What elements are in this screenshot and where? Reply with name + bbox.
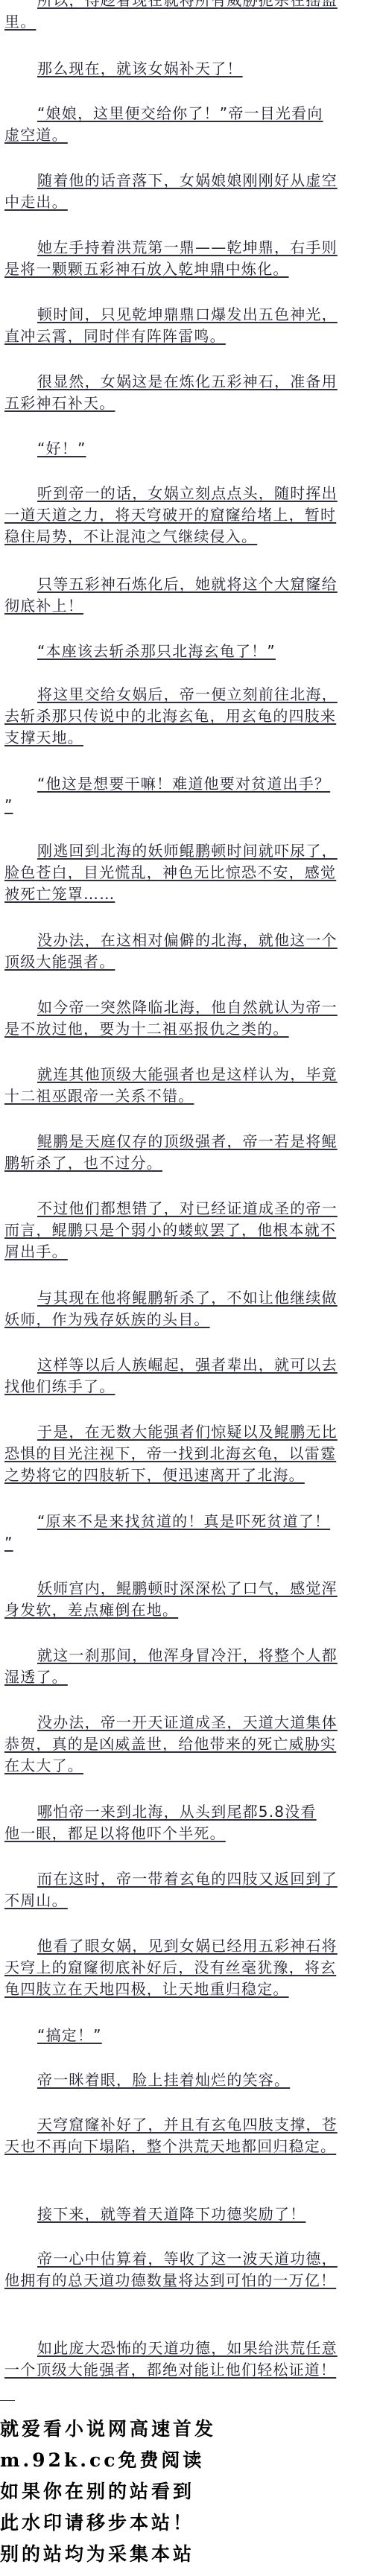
watermark-line: 别的站均为采集本站 <box>0 2539 380 2570</box>
paragraph-line: 他拥有的总天道功德数量将达到可怕的一万亿！ <box>0 2270 358 2291</box>
paragraph: 如今帝一突然降临北海，他自然就认为帝一是不放过他，要为十二祖巫报仇之类的。 <box>0 997 358 1040</box>
paragraph-line: 那么现在，就该女娲补天了！ <box>0 58 358 80</box>
paragraph-line: 天也不再向下塌陷，整个洪荒天地都回归稳定。 <box>0 2136 358 2157</box>
paragraph: 哪怕帝一来到北海，从头到尾都5.8没看他一眼，都足以将他吓个半死。 <box>0 1801 358 1844</box>
paragraph-line: “他这是想要干嘛！难道他要对贫道出手？ <box>0 773 358 795</box>
paragraph-line: 不过他们都想错了，对已经证道成圣的帝一 <box>0 1198 358 1219</box>
paragraph-line: 鹏斩杀了，也不过分。 <box>0 1152 358 1174</box>
paragraph: 没办法，帝一开天证道成圣，天道大道集体恭贺，真的是凶威盖世，给他带来的死亡威胁实… <box>0 1712 358 1777</box>
paragraph: 鲲鹏是天庭仅存的顶级强者，帝一若是将鲲鹏斩杀了，也不过分。 <box>0 1131 358 1174</box>
paragraph-line: 被死亡笼罩…… <box>0 883 358 905</box>
underline-stub <box>0 2400 15 2401</box>
paragraph: “他这是想要干嘛！难道他要对贫道出手？” <box>0 773 358 816</box>
paragraph-line: 与其现在他将鲲鹏斩杀了，不如让他继续做 <box>0 1287 358 1309</box>
paragraph-line: “娘娘，这里便交给你了！”帝一目光看向 <box>0 103 358 124</box>
paragraph: 顿时间，只见乾坤鼎鼎口爆发出五色神光，直冲云霄，同时伴有阵阵雷鸣。 <box>0 304 358 347</box>
paragraph-line: 不周山。 <box>0 1890 358 1912</box>
paragraph: 如此庞大恐怖的天道功德，如果给洪荒任意一个顶级大能强者，都绝对能让他们轻松证道！ <box>0 2338 358 2381</box>
paragraph-line: 妖师，作为残存妖族的头目。 <box>0 1309 358 1330</box>
paragraph-line: 五彩神石补天。 <box>0 393 358 414</box>
paragraph-line: 没办法，帝一开天证道成圣，天道大道集体 <box>0 1712 358 1733</box>
paragraph-line: 顶级大能强者。 <box>0 951 358 973</box>
paragraph: 没办法，在这相对偏僻的北海，就他这一个顶级大能强者。 <box>0 930 358 973</box>
paragraph: 这样等以后人族崛起，强者辈出，就可以去找他们练手了。 <box>0 1354 358 1398</box>
paragraph-line: 天穹窟窿补好了，并且有玄龟四肢支撑，苍 <box>0 2114 358 2136</box>
paragraph-line: 他看了眼女娲，见到女娲已经用五彩神石将 <box>0 1935 358 1957</box>
paragraph-line: 恭贺，真的是凶威盖世，给他带来的死亡威胁实 <box>0 1733 358 1755</box>
site-watermark: 就爱看小说网高速首发 m.92k.cc免费阅读 如果你在别的站看到 此水印请移步… <box>0 2414 380 2570</box>
paragraph: 就连其他顶级大能强者也是这样认为，毕竟十二祖巫跟帝一关系不错。 <box>0 1064 358 1107</box>
paragraph-line: 鲲鹏是天庭仅存的顶级强者，帝一若是将鲲 <box>0 1131 358 1152</box>
paragraph: 天穹窟窿补好了，并且有玄龟四肢支撑，苍天也不再向下塌陷，整个洪荒天地都回归稳定。 <box>0 2114 358 2157</box>
paragraph-line: 只等五彩神石炼化后，她就将这个大窟窿给 <box>0 574 358 595</box>
paragraph: 于是，在无数大能强者们惊疑以及鲲鹏无比恐惧的目光注视下，帝一找到北海玄龟，以雷霆… <box>0 1421 358 1486</box>
paragraph-line: 支撑天地。 <box>0 727 358 749</box>
paragraph-line: 是将一颗颗五彩神石放入乾坤鼎中炼化。 <box>0 258 358 280</box>
paragraph: 她左手持着洪荒第一鼎——乾坤鼎，右手则是将一颗颗五彩神石放入乾坤鼎中炼化。 <box>0 237 358 280</box>
paragraph-line: 帝一心中估算着，等收了这一波天道功德， <box>0 2248 358 2270</box>
paragraph-line: 一个顶级大能强者，都绝对能让他们轻松证道！ <box>0 2359 358 2381</box>
paragraph: 他看了眼女娲，见到女娲已经用五彩神石将天穹上的窟窿彻底补好后，没有丝毫犹豫，将玄… <box>0 1935 358 2000</box>
paragraph-line: 恐惧的目光注视下，帝一找到北海玄龟，以雷霆 <box>0 1443 358 1465</box>
paragraph-line: 就这一刹那间，他浑身冒冷汗，将整个人都 <box>0 1645 358 1666</box>
paragraph-line: 之势将它的四肢斩下，便迅速离开了北海。 <box>0 1465 358 1486</box>
paragraph: 不过他们都想错了，对已经证道成圣的帝一而言，鲲鹏只是个弱小的蝼蚁罢了，他根本就不… <box>0 1198 358 1263</box>
paragraph-line: 听到帝一的话，女娲立刻点点头，随时挥出 <box>0 483 358 504</box>
paragraph: 接下来，就等着天道降下功德奖励了！ <box>0 2204 358 2225</box>
paragraph: “搞定！” <box>0 2025 358 2046</box>
paragraph: 随着他的话音落下，女娲娘娘刚刚好从虚空中走出。 <box>0 170 358 213</box>
paragraph-line: 如此庞大恐怖的天道功德，如果给洪荒任意 <box>0 2338 358 2359</box>
watermark-line: 如果你在别的站看到 <box>0 2476 380 2507</box>
paragraph-line: ” <box>0 1532 358 1554</box>
paragraph-line: 哪怕帝一来到北海，从头到尾都5.8没看 <box>0 1801 358 1823</box>
paragraph-line: 顿时间，只见乾坤鼎鼎口爆发出五色神光， <box>0 304 358 326</box>
paragraph-line: 屑出手。 <box>0 1241 358 1263</box>
paragraph-line: 脸色苍白，目光慌乱，神色无比惊恐不安，感觉 <box>0 862 358 883</box>
paragraph-line: 帝一眯着眼，脸上挂着灿烂的笑容。 <box>0 2069 358 2091</box>
paragraph-line: 而言，鲲鹏只是个弱小的蝼蚁罢了，他根本就不 <box>0 1219 358 1241</box>
paragraph-line: 刚逃回到北海的妖师鲲鹏顿时间就吓尿了， <box>0 840 358 862</box>
paragraph: 与其现在他将鲲鹏斩杀了，不如让他继续做妖师，作为残存妖族的头目。 <box>0 1287 358 1330</box>
paragraph-line: 没办法，在这相对偏僻的北海，就他这一个 <box>0 930 358 951</box>
paragraph-line: 所以，得趁着现在就将所有威胁扼杀在摇篮 <box>0 0 358 11</box>
paragraph: 而在这时，帝一带着玄龟的四肢又返回到了不周山。 <box>0 1868 358 1912</box>
paragraph: “娘娘，这里便交给你了！”帝一目光看向虚空道。 <box>0 103 358 146</box>
paragraph: 将这里交给女娲后，帝一便立刻前往北海，去斩杀那只传说中的北海玄龟，用玄龟的四肢来… <box>0 684 358 749</box>
paragraph-line: 于是，在无数大能强者们惊疑以及鲲鹏无比 <box>0 1421 358 1443</box>
paragraph-line: 龟四肢立在天地四极，让天地重归稳定。 <box>0 1979 358 2000</box>
paragraph: “好！” <box>0 438 358 460</box>
watermark-line: m.92k.cc免费阅读 <box>0 2445 380 2476</box>
paragraph-line: 这样等以后人族崛起，强者辈出，就可以去 <box>0 1354 358 1376</box>
paragraph-line: 彻底补上！ <box>0 595 358 617</box>
paragraph-line: 他一眼，都足以将他吓个半死。 <box>0 1823 358 1844</box>
paragraph-line: 去斩杀那只传说中的北海玄龟，用玄龟的四肢来 <box>0 705 358 727</box>
paragraph-line: 湿透了。 <box>0 1666 358 1688</box>
paragraph-line: 直冲云霄，同时伴有阵阵雷鸣。 <box>0 326 358 347</box>
paragraph-line: ” <box>0 795 358 816</box>
paragraph: 妖师宫内，鲲鹏顿时深深松了口气，感觉浑身发软，差点瘫倒在地。 <box>0 1578 358 1621</box>
paragraph: 那么现在，就该女娲补天了！ <box>0 58 358 80</box>
paragraph: “原来不是来找贫道的！真是吓死贫道了！” <box>0 1511 358 1554</box>
watermark-line: 就爱看小说网高速首发 <box>0 2414 380 2445</box>
paragraph-line: 天穹上的窟窿彻底补好后，没有丝毫犹豫，将玄 <box>0 1957 358 1979</box>
paragraph-line: “好！” <box>0 438 358 460</box>
paragraph: 帝一心中估算着，等收了这一波天道功德，他拥有的总天道功德数量将达到可怕的一万亿！ <box>0 2248 358 2291</box>
paragraph: 帝一眯着眼，脸上挂着灿烂的笑容。 <box>0 2069 358 2091</box>
paragraph-line: 虚空道。 <box>0 124 358 146</box>
paragraph-line: 中走出。 <box>0 191 358 213</box>
paragraph-line: 身发软，差点瘫倒在地。 <box>0 1599 358 1621</box>
paragraph-line: 十二祖巫跟帝一关系不错。 <box>0 1085 358 1107</box>
paragraph-line: “原来不是来找贫道的！真是吓死贫道了！ <box>0 1511 358 1532</box>
paragraph: 所以，得趁着现在就将所有威胁扼杀在摇篮里。 <box>0 0 358 33</box>
paragraph-line: 而在这时，帝一带着玄龟的四肢又返回到了 <box>0 1868 358 1890</box>
paragraph-line: 如今帝一突然降临北海，他自然就认为帝一 <box>0 997 358 1018</box>
paragraph-line: 妖师宫内，鲲鹏顿时深深松了口气，感觉浑 <box>0 1578 358 1599</box>
paragraph-line: 将这里交给女娲后，帝一便立刻前往北海， <box>0 684 358 705</box>
paragraph-line: “搞定！” <box>0 2025 358 2046</box>
paragraph-line: 就连其他顶级大能强者也是这样认为，毕竟 <box>0 1064 358 1085</box>
paragraph-line: “本座该去斩杀那只北海玄龟了！” <box>0 641 358 662</box>
paragraph-line: 是不放过他，要为十二祖巫报仇之类的。 <box>0 1018 358 1040</box>
paragraph-line: 接下来，就等着天道降下功德奖励了！ <box>0 2204 358 2225</box>
paragraph-line: 在太大了。 <box>0 1755 358 1777</box>
paragraph: 只等五彩神石炼化后，她就将这个大窟窿给彻底补上！ <box>0 574 358 617</box>
paragraph-line: 找他们练手了。 <box>0 1376 358 1398</box>
paragraph-line: 随着他的话音落下，女娲娘娘刚刚好从虚空 <box>0 170 358 191</box>
paragraph-line: 很显然，女娲这是在炼化五彩神石，准备用 <box>0 371 358 393</box>
paragraph-line: 她左手持着洪荒第一鼎——乾坤鼎，右手则 <box>0 237 358 258</box>
paragraph: 很显然，女娲这是在炼化五彩神石，准备用五彩神石补天。 <box>0 371 358 414</box>
paragraph-line: 稳住局势，不让混沌之气继续侵入。 <box>0 526 358 548</box>
paragraph: 就这一刹那间，他浑身冒冷汗，将整个人都湿透了。 <box>0 1645 358 1688</box>
paragraph: “本座该去斩杀那只北海玄龟了！” <box>0 641 358 662</box>
paragraph-line: 里。 <box>0 11 358 33</box>
paragraph: 听到帝一的话，女娲立刻点点头，随时挥出一道天道之力，将天穹破开的窟窿给堵上，暂时… <box>0 483 358 548</box>
watermark-line: 此水印请移步本站！ <box>0 2507 380 2539</box>
paragraph-line: 一道天道之力，将天穹破开的窟窿给堵上，暂时 <box>0 504 358 526</box>
paragraph: 刚逃回到北海的妖师鲲鹏顿时间就吓尿了，脸色苍白，目光慌乱，神色无比惊恐不安，感觉… <box>0 840 358 905</box>
